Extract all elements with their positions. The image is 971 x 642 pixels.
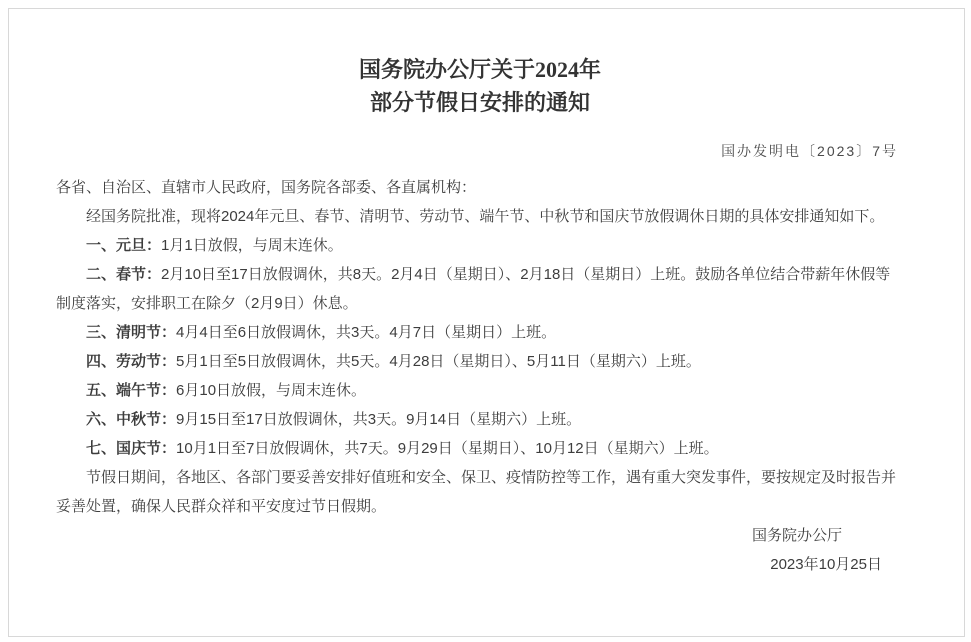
closing-paragraph: 节假日期间，各地区、各部门要妥善安排好值班和安全、保卫、疫情防控等工作，遇有重大… (56, 463, 904, 521)
holiday-item-text: 10月1日至7日放假调休，共7天。9月29日（星期日）、10月12日（星期六）上… (176, 440, 719, 457)
holiday-item-label: 五、端午节： (86, 382, 176, 399)
holiday-item-label: 一、元旦： (86, 237, 161, 254)
holiday-item-text: 2月10日至17日放假调休，共8天。2月4日（星期日）、2月18日（星期日）上班… (56, 266, 890, 312)
holiday-item-national-day: 七、国庆节：10月1日至7日放假调休，共7天。9月29日（星期日）、10月12日… (56, 434, 904, 463)
notice-title: 国务院办公厅关于2024年 部分节假日安排的通知 (56, 53, 904, 119)
holiday-item-text: 5月1日至5日放假调休，共5天。4月28日（星期日）、5月11日（星期六）上班。 (176, 353, 701, 370)
holiday-item-dragon-boat: 五、端午节：6月10日放假，与周末连休。 (56, 376, 904, 405)
holiday-item-qingming: 三、清明节：4月4日至6日放假调休，共3天。4月7日（星期日）上班。 (56, 318, 904, 347)
holiday-item-label: 四、劳动节： (86, 353, 176, 370)
holiday-item-label: 三、清明节： (86, 324, 176, 341)
salutation: 各省、自治区、直辖市人民政府，国务院各部委、各直属机构： (56, 173, 904, 202)
notice-title-line2: 部分节假日安排的通知 (56, 86, 904, 119)
holiday-item-spring-festival: 二、春节：2月10日至17日放假调休，共8天。2月4日（星期日）、2月18日（星… (56, 260, 904, 318)
document-content: 国务院办公厅关于2024年 部分节假日安排的通知 国办发明电〔2023〕7号 各… (9, 9, 964, 636)
holiday-item-labor-day: 四、劳动节：5月1日至5日放假调休，共5天。4月28日（星期日）、5月11日（星… (56, 347, 904, 376)
signature-date: 2023年10月25日 (56, 550, 904, 579)
intro-paragraph: 经国务院批准，现将2024年元旦、春节、清明节、劳动节、端午节、中秋节和国庆节放… (56, 202, 904, 231)
signature-issuer: 国务院办公厅 (56, 521, 904, 550)
document-page: 国务院办公厅关于2024年 部分节假日安排的通知 国办发明电〔2023〕7号 各… (8, 8, 965, 637)
holiday-item-mid-autumn: 六、中秋节：9月15日至17日放假调休，共3天。9月14日（星期六）上班。 (56, 405, 904, 434)
notice-body: 各省、自治区、直辖市人民政府，国务院各部委、各直属机构： 经国务院批准，现将20… (56, 173, 904, 521)
holiday-item-label: 六、中秋节： (86, 411, 176, 428)
signature-block: 国务院办公厅 2023年10月25日 (56, 521, 904, 579)
holiday-item-label: 二、春节： (86, 266, 161, 283)
holiday-item-new-year: 一、元旦：1月1日放假，与周末连休。 (56, 231, 904, 260)
holiday-item-text: 9月15日至17日放假调休，共3天。9月14日（星期六）上班。 (176, 411, 581, 428)
holiday-item-text: 4月4日至6日放假调休，共3天。4月7日（星期日）上班。 (176, 324, 556, 341)
holiday-item-text: 1月1日放假，与周末连休。 (161, 237, 343, 254)
holiday-item-label: 七、国庆节： (86, 440, 176, 457)
holiday-item-text: 6月10日放假，与周末连休。 (176, 382, 366, 399)
notice-title-line1: 国务院办公厅关于2024年 (56, 53, 904, 86)
doc-number: 国办发明电〔2023〕7号 (56, 141, 904, 161)
